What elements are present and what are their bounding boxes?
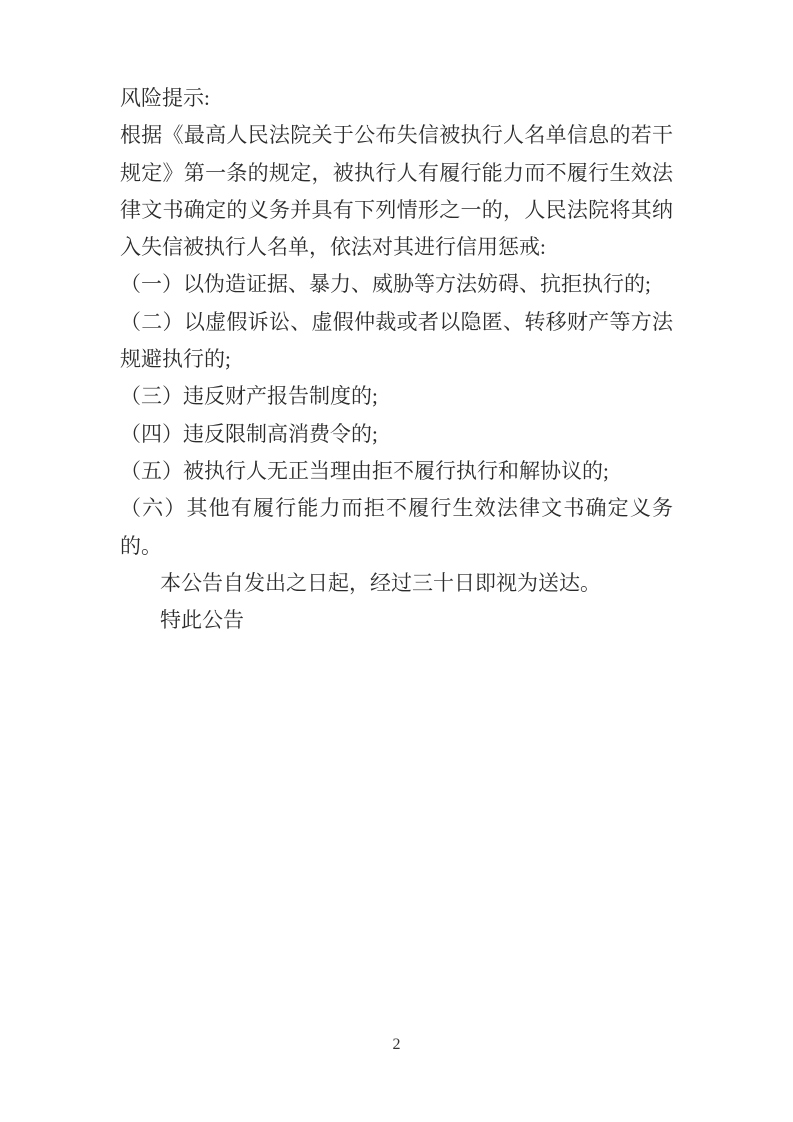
document-body: 风险提示: 根据《最高人民法院关于公布失信被执行人名单信息的若干 规定》第一条的… [120, 80, 673, 639]
line-intro-4: 入失信被执行人名单，依法对其进行信用惩戒: [120, 229, 673, 266]
line-risk-notice-label: 风险提示: [120, 80, 673, 117]
line-intro-3: 律文书确定的义务并具有下列情形之一的，人民法院将其纳 [120, 192, 673, 229]
document-page: 风险提示: 根据《最高人民法院关于公布失信被执行人名单信息的若干 规定》第一条的… [0, 0, 793, 1122]
line-clause-5: （五）被执行人无正当理由拒不履行执行和解协议的; [120, 453, 673, 490]
line-clause-3: （三）违反财产报告制度的; [120, 378, 673, 415]
line-clause-6a: （六）其他有履行能力而拒不履行生效法律文书确定义务 [120, 490, 673, 527]
line-service-notice: 本公告自发出之日起，经过三十日即视为送达。 [120, 565, 673, 602]
line-clause-4: （四）违反限制高消费令的; [120, 416, 673, 453]
line-intro-1: 根据《最高人民法院关于公布失信被执行人名单信息的若干 [120, 117, 673, 154]
line-clause-2a: （二）以虚假诉讼、虚假仲裁或者以隐匿、转移财产等方法 [120, 304, 673, 341]
line-clause-6b: 的。 [120, 528, 673, 565]
line-hereby-announced: 特此公告 [120, 602, 673, 639]
line-intro-2: 规定》第一条的规定，被执行人有履行能力而不履行生效法 [120, 155, 673, 192]
page-number: 2 [0, 1034, 793, 1056]
line-clause-2b: 规避执行的; [120, 341, 673, 378]
line-clause-1: （一）以伪造证据、暴力、威胁等方法妨碍、抗拒执行的; [120, 266, 673, 303]
